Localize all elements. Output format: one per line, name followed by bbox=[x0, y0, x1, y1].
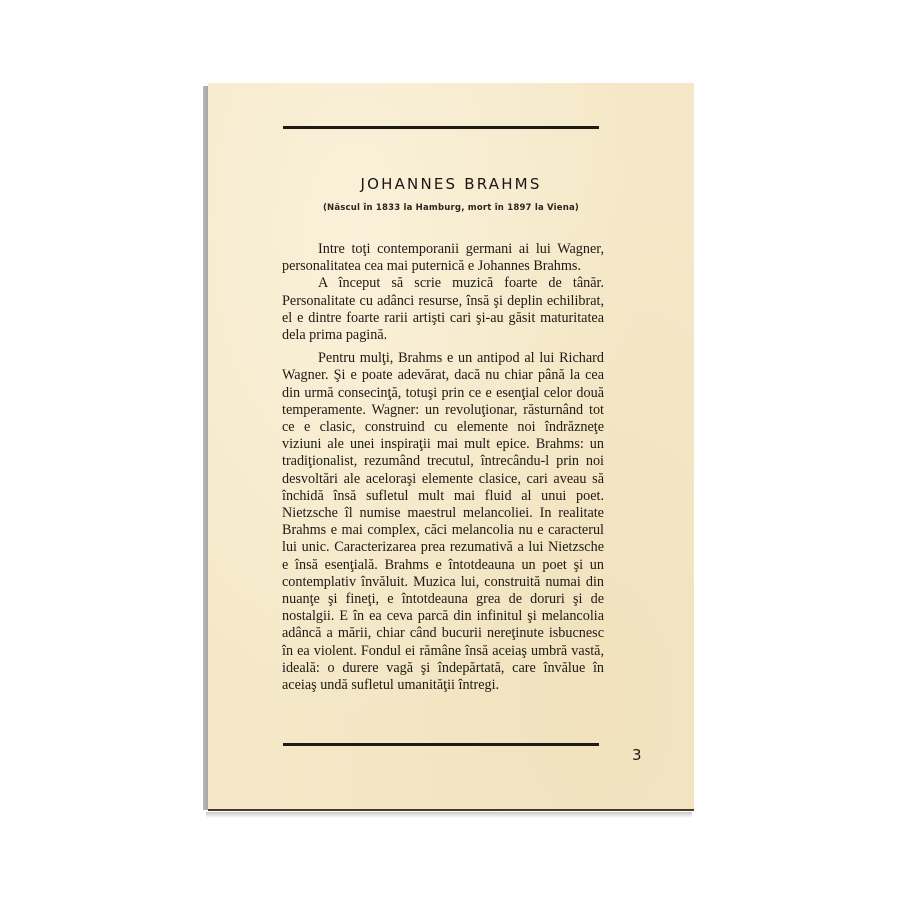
document-page: JOHANNES BRAHMS (Născul în 1833 la Hambu… bbox=[208, 83, 694, 811]
page-subtitle: (Născul în 1833 la Hamburg, mort în 1897… bbox=[208, 203, 694, 213]
top-rule bbox=[283, 126, 599, 129]
paragraph: Intre toţi contemporanii germani ai lui … bbox=[282, 241, 604, 275]
body-text: Intre toţi contemporanii germani ai lui … bbox=[282, 241, 604, 694]
bottom-rule bbox=[283, 743, 599, 746]
page-shadow-bottom bbox=[206, 812, 692, 818]
page-title: JOHANNES BRAHMS bbox=[208, 175, 694, 193]
page-number: 3 bbox=[632, 746, 642, 764]
paragraph: Pentru mulţi, Brahms e un antipod al lui… bbox=[282, 350, 604, 694]
paragraph: A început să scrie muzică foarte de tână… bbox=[282, 275, 604, 344]
